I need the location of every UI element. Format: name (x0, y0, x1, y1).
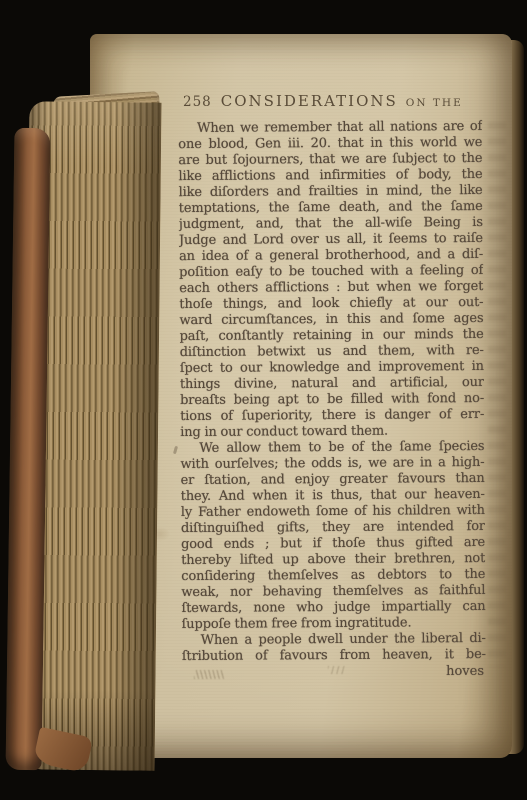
page-number: 258 (183, 94, 212, 110)
text-line: ſtribution of favours from heaven, it be… (182, 647, 486, 665)
text-line: tions of ſuperiority, there is danger of… (180, 407, 484, 425)
page-header: 258CONSIDERATIONSON THE (183, 91, 489, 110)
book-scan-photo: 258CONSIDERATIONSON THE When we remember… (0, 0, 527, 800)
running-title-suffix: ON THE (406, 97, 463, 109)
running-title: CONSIDERATIONS (221, 92, 398, 110)
page-body: When we remember that all nations are of… (178, 119, 486, 665)
pencil-mark (194, 670, 224, 679)
show-through-text (488, 122, 506, 667)
text-line: ſtewards, none who judge impartially can (181, 599, 485, 617)
pencil-mark (328, 666, 346, 674)
pencil-mark (173, 446, 178, 455)
